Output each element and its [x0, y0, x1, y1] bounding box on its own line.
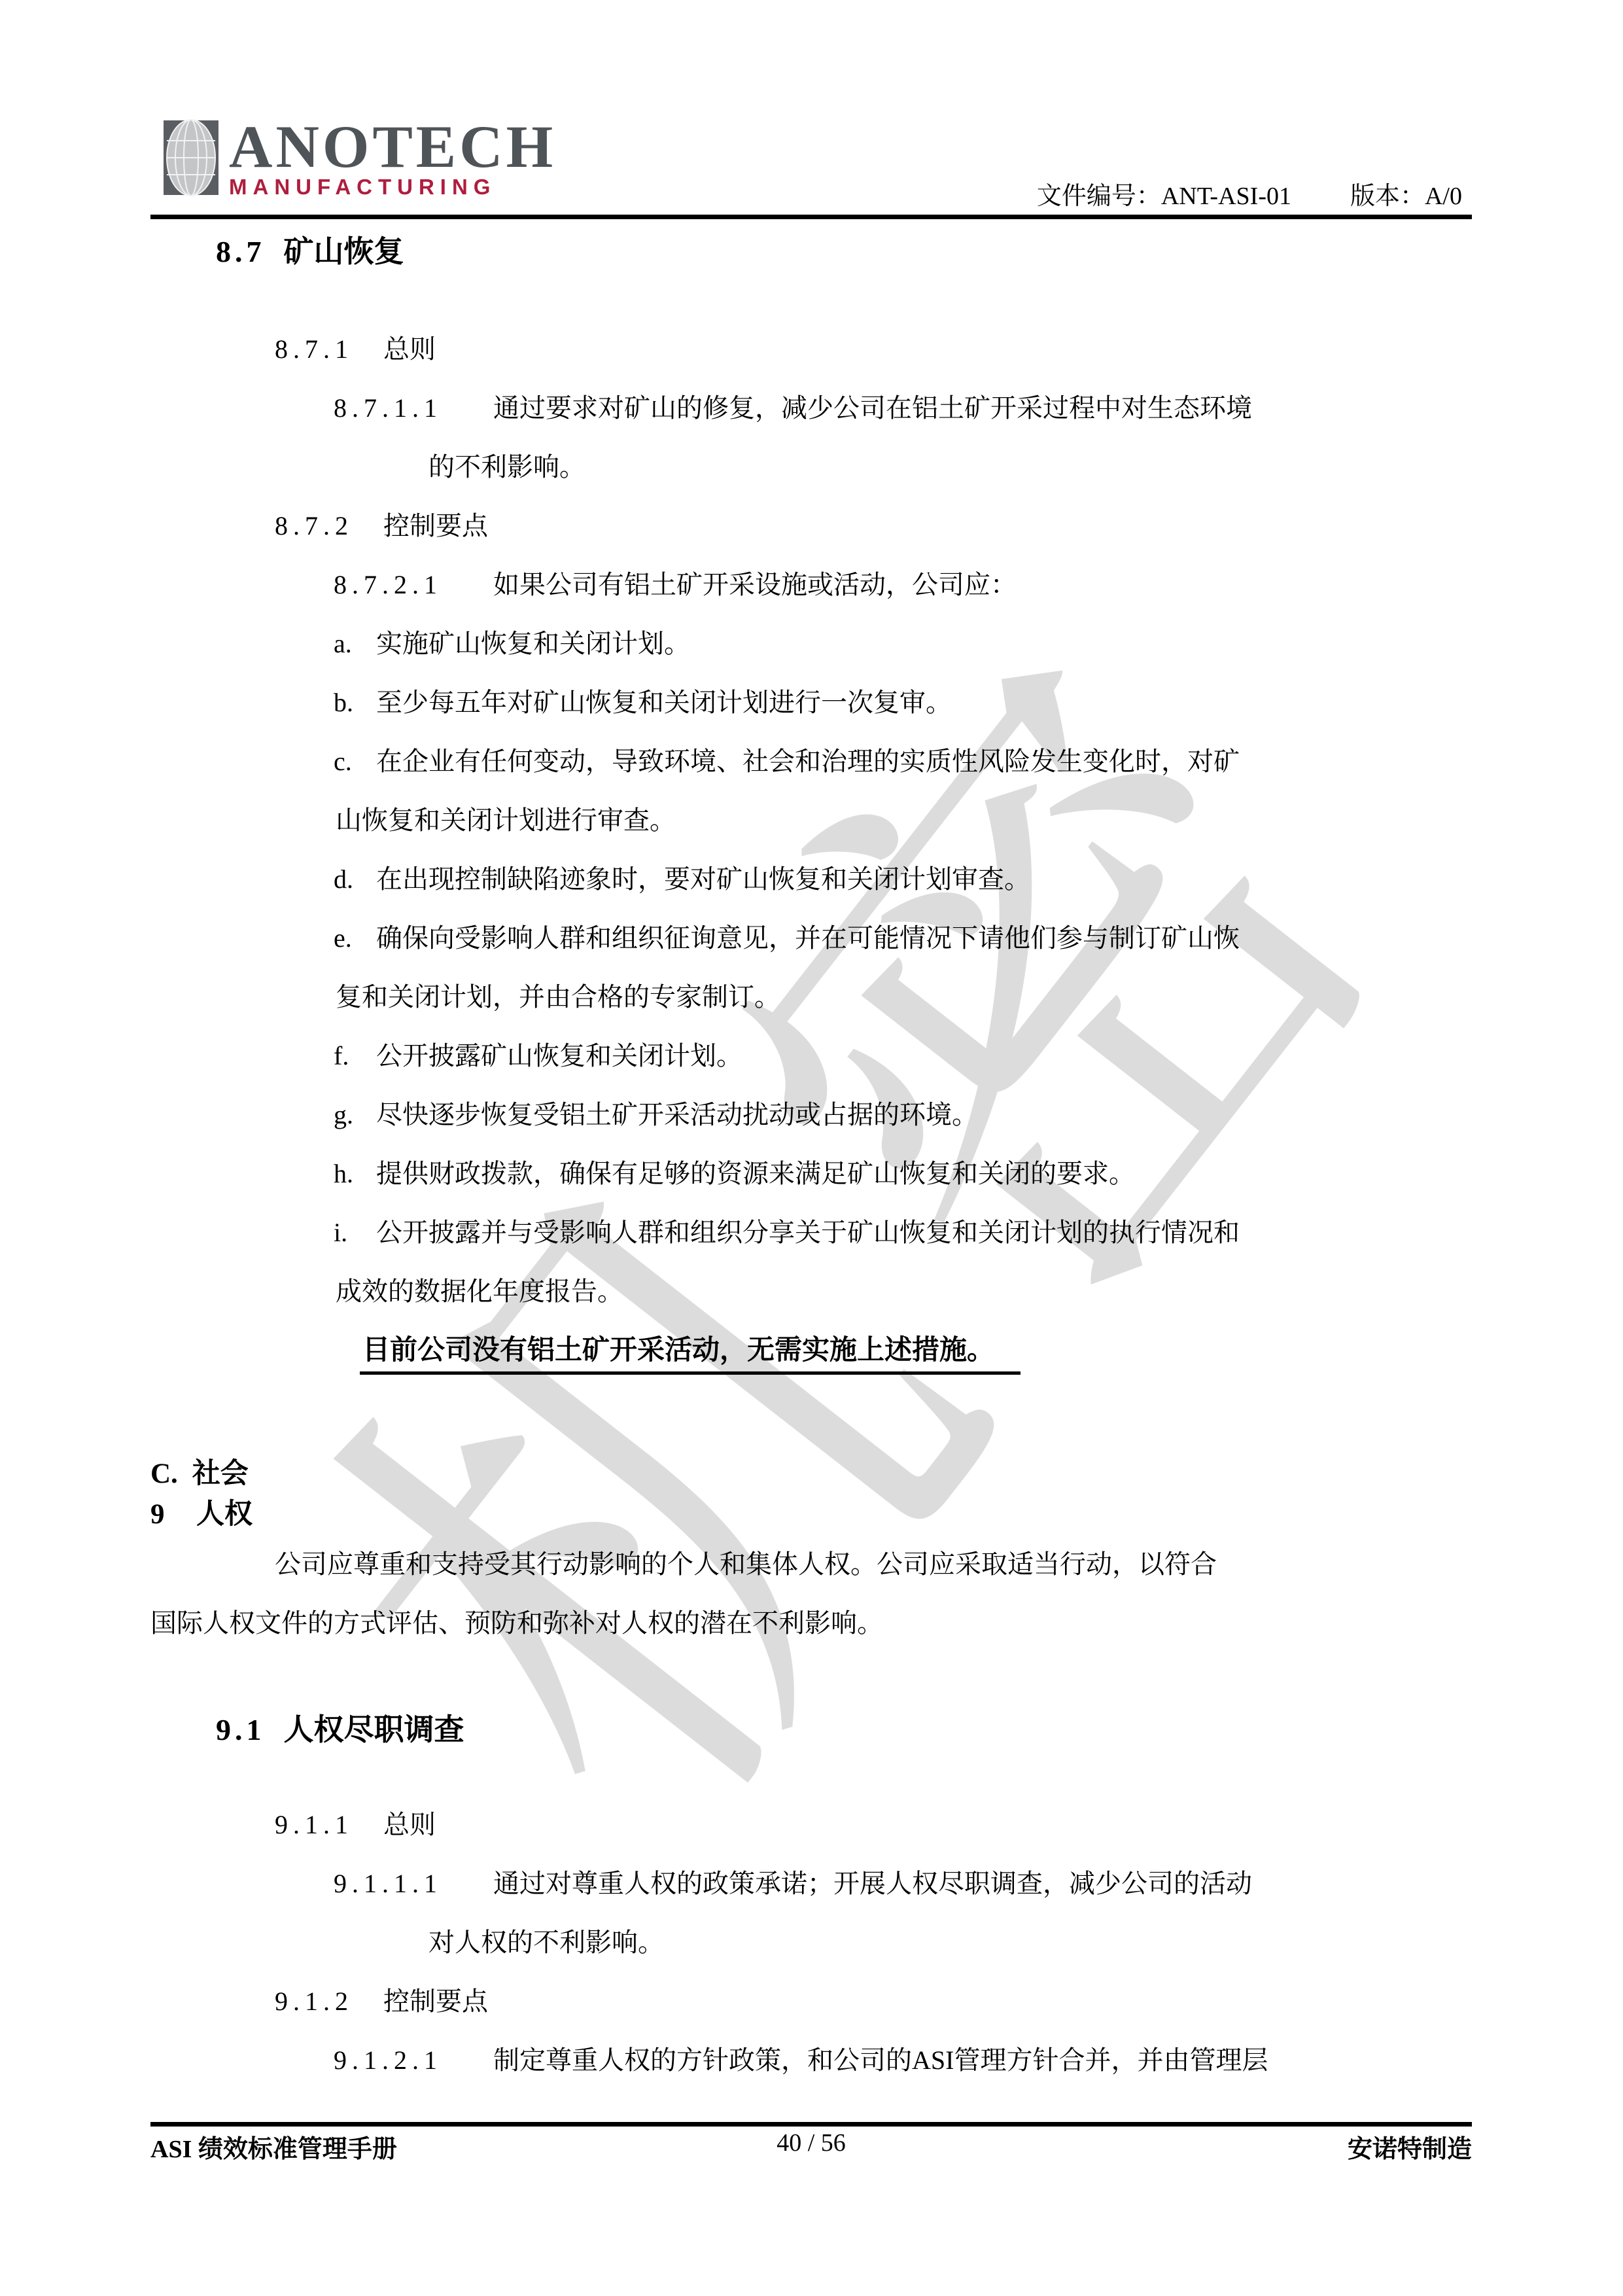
- clause-9-1-1-1-cont: 对人权的不利影响。: [150, 1913, 1475, 1972]
- heading-c-society: C.社会: [150, 1454, 1475, 1494]
- paragraph-9-line2: 国际人权文件的方式评估、预防和弥补对人权的潜在不利影响。: [150, 1594, 1475, 1653]
- clause-8-7-1-1: 8.7.1.1通过要求对矿山的修复，减少公司在铝土矿开采过程中对生态环境: [150, 379, 1475, 438]
- list-item-i-cont: 成效的数据化年度报告。: [150, 1262, 1475, 1321]
- heading-9-1: 9.1人权尽职调查: [150, 1701, 1475, 1759]
- list-item-c: c.在企业有任何变动，导致环境、社会和治理的实质性风险发生变化时，对矿: [150, 732, 1475, 791]
- logo-text: ANOTECH MANUFACTURING: [229, 119, 556, 199]
- footer-rule: [150, 2122, 1472, 2127]
- list-item-h: h.提供财政拨款，确保有足够的资源来满足矿山恢复和关闭的要求。: [150, 1144, 1475, 1203]
- list-item-e-cont: 复和关闭计划，并由合格的专家制订。: [150, 968, 1475, 1027]
- footer-page-number: 40 / 56: [150, 2128, 1472, 2157]
- heading-9-human-rights: 9人权: [150, 1494, 1475, 1535]
- list-item-a: a.实施矿山恢复和关闭计划。: [150, 614, 1475, 673]
- heading-8-7-2: 8.7.2控制要点: [150, 497, 1475, 556]
- doc-version: 版本：A/0: [1350, 183, 1462, 210]
- page-header: ANOTECH MANUFACTURING 文件编号：ANT-ASI-01版本：…: [0, 0, 1623, 222]
- exemption-note: 目前公司没有铝土矿开采活动，无需实施上述措施。: [150, 1321, 1475, 1380]
- list-item-g: g.尽快逐步恢复受铝土矿开采活动扰动或占据的环境。: [150, 1086, 1475, 1144]
- document-body: 8.7矿山恢复 8.7.1总则 8.7.1.1通过要求对矿山的修复，减少公司在铝…: [150, 220, 1475, 2090]
- clause-8-7-2-1: 8.7.2.1如果公司有铝土矿开采设施或活动，公司应：: [150, 556, 1475, 614]
- brand-subtitle: MANUFACTURING: [229, 175, 556, 199]
- list-item-b: b.至少每五年对矿山恢复和关闭计划进行一次复审。: [150, 673, 1475, 732]
- list-item-e: e.确保向受影响人群和组织征询意见，并在可能情况下请他们参与制订矿山恢: [150, 909, 1475, 968]
- heading-8-7: 8.7矿山恢复: [150, 222, 1475, 281]
- clause-8-7-1-1-cont: 的不利影响。: [150, 438, 1475, 497]
- list-item-d: d.在出现控制缺陷迹象时，要对矿山恢复和关闭计划审查。: [150, 850, 1475, 909]
- heading-9-1-1: 9.1.1总则: [150, 1795, 1475, 1854]
- document-info: 文件编号：ANT-ASI-01版本：A/0: [1037, 175, 1462, 211]
- company-logo: ANOTECH MANUFACTURING: [164, 119, 556, 199]
- list-item-c-cont: 山恢复和关闭计划进行审查。: [150, 791, 1475, 850]
- list-item-i: i.公开披露并与受影响人群和组织分享关于矿山恢复和关闭计划的执行情况和: [150, 1203, 1475, 1262]
- header-rule: [150, 215, 1472, 219]
- heading-9-1-2: 9.1.2控制要点: [150, 1972, 1475, 2031]
- heading-8-7-number: 8.7: [216, 235, 266, 268]
- brand-name: ANOTECH: [229, 119, 556, 174]
- clause-9-1-2-1: 9.1.2.1制定尊重人权的方针政策，和公司的ASI管理方针合并，并由管理层: [150, 2031, 1475, 2090]
- clause-9-1-1-1: 9.1.1.1通过对尊重人权的政策承诺；开展人权尽职调查，减少公司的活动: [150, 1854, 1475, 1913]
- list-item-f: f.公开披露矿山恢复和关闭计划。: [150, 1027, 1475, 1086]
- heading-8-7-title: 矿山恢复: [284, 235, 404, 268]
- heading-8-7-1: 8.7.1总则: [150, 320, 1475, 379]
- paragraph-9-line1: 公司应尊重和支持受其行动影响的个人和集体人权。公司应采取适当行动，以符合: [150, 1535, 1475, 1594]
- document-page: 机密 ANOTECH MANUFACTURING 文件编号：ANT: [0, 0, 1623, 2296]
- doc-number: 文件编号：ANT-ASI-01: [1037, 183, 1291, 210]
- globe-icon: [164, 119, 218, 196]
